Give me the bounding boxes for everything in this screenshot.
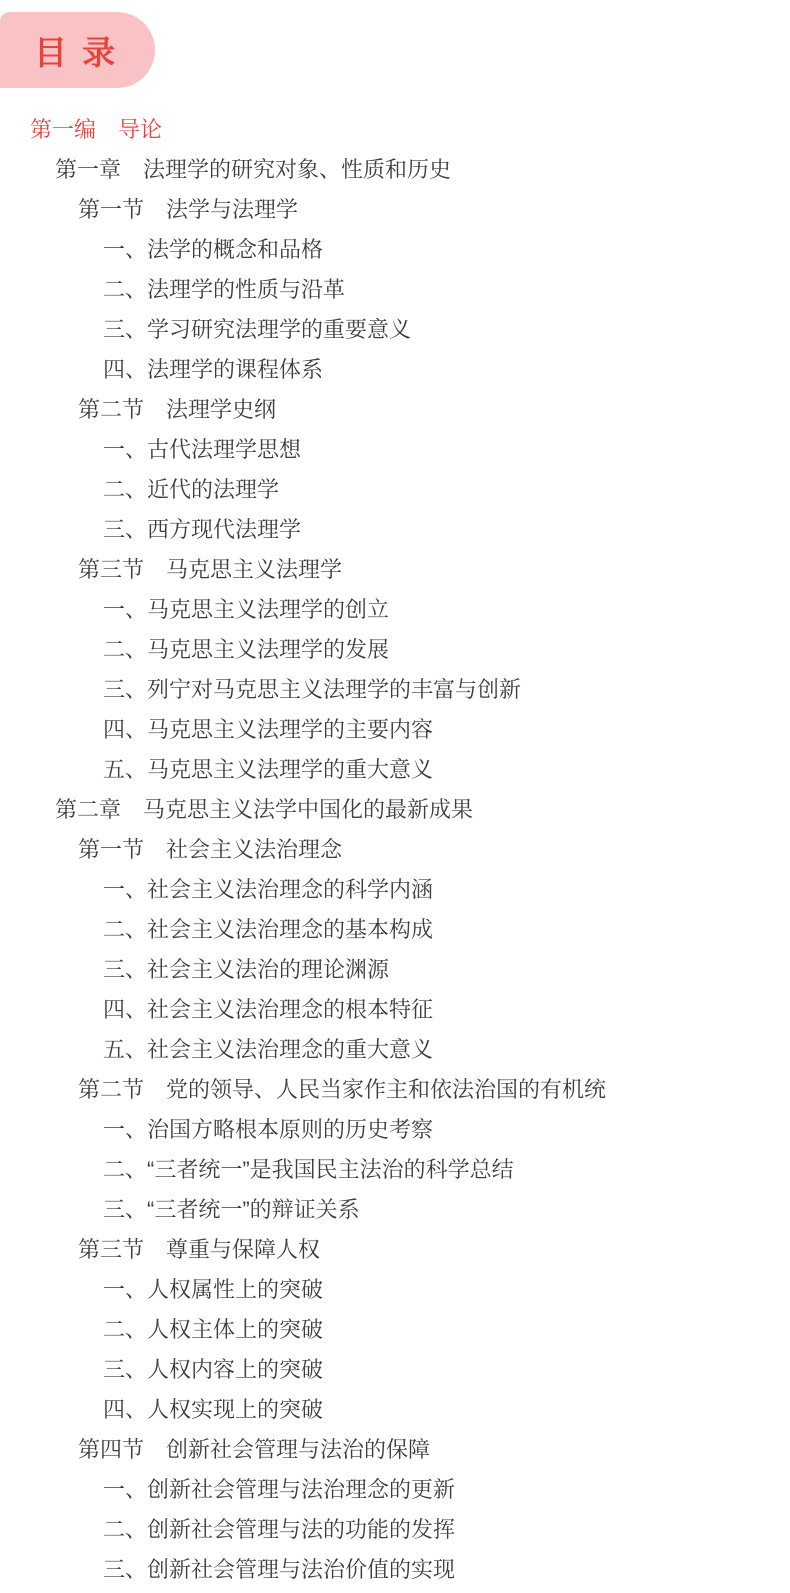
toc-entry-item[interactable]: 一、人权属性上的突破: [0, 1270, 790, 1310]
toc-entry-item[interactable]: 五、社会主义法治理念的重大意义: [0, 1030, 790, 1070]
toc-entry-section[interactable]: 第一节 社会主义法治理念: [0, 830, 790, 870]
toc-entry-item[interactable]: 二、近代的法理学: [0, 470, 790, 510]
toc-entry-item[interactable]: 二、马克思主义法理学的发展: [0, 630, 790, 670]
toc-entry-item[interactable]: 一、马克思主义法理学的创立: [0, 590, 790, 630]
toc-entry-item[interactable]: 二、“三者统一”是我国民主法治的科学总结: [0, 1150, 790, 1190]
toc-title: 目 录: [34, 27, 118, 74]
toc-entry-chapter[interactable]: 第二章 马克思主义法学中国化的最新成果: [0, 790, 790, 830]
toc-entry-item[interactable]: 三、列宁对马克思主义法理学的丰富与创新: [0, 670, 790, 710]
toc-entry-item[interactable]: 一、创新社会管理与法治理念的更新: [0, 1470, 790, 1510]
toc-entry-item[interactable]: 一、法学的概念和品格: [0, 230, 790, 270]
toc-entry-section[interactable]: 第三节 尊重与保障人权: [0, 1230, 790, 1270]
toc-entry-item[interactable]: 五、马克思主义法理学的重大意义: [0, 750, 790, 790]
toc-entry-item[interactable]: 四、社会主义法治理念的根本特征: [0, 990, 790, 1030]
toc-entry-item[interactable]: 二、法理学的性质与沿革: [0, 270, 790, 310]
toc-title-badge: 目 录: [0, 12, 155, 88]
toc-entry-chapter[interactable]: 第一章 法理学的研究对象、性质和历史: [0, 150, 790, 190]
toc-entry-item[interactable]: 四、人权实现上的突破: [0, 1390, 790, 1430]
toc-entry-item[interactable]: 三、西方现代法理学: [0, 510, 790, 550]
toc-entry-item[interactable]: 三、社会主义法治的理论渊源: [0, 950, 790, 990]
toc-entry-item[interactable]: 三、学习研究法理学的重要意义: [0, 310, 790, 350]
toc-entry-item[interactable]: 二、社会主义法治理念的基本构成: [0, 910, 790, 950]
toc-list: 第一编 导论第一章 法理学的研究对象、性质和历史第一节 法学与法理学一、法学的概…: [0, 110, 790, 1590]
toc-entry-section[interactable]: 第三节 马克思主义法理学: [0, 550, 790, 590]
toc-entry-part[interactable]: 第一编 导论: [0, 110, 790, 150]
toc-entry-item[interactable]: 一、治国方略根本原则的历史考察: [0, 1110, 790, 1150]
toc-entry-section[interactable]: 第四节 创新社会管理与法治的保障: [0, 1430, 790, 1470]
toc-entry-section[interactable]: 第二节 党的领导、人民当家作主和依法治国的有机统: [0, 1070, 790, 1110]
toc-entry-section[interactable]: 第二节 法理学史纲: [0, 390, 790, 430]
toc-entry-item[interactable]: 二、创新社会管理与法的功能的发挥: [0, 1510, 790, 1550]
toc-entry-item[interactable]: 二、人权主体上的突破: [0, 1310, 790, 1350]
toc-entry-item[interactable]: 三、人权内容上的突破: [0, 1350, 790, 1390]
toc-entry-item[interactable]: 四、马克思主义法理学的主要内容: [0, 710, 790, 750]
toc-entry-section[interactable]: 第一节 法学与法理学: [0, 190, 790, 230]
toc-entry-item[interactable]: 四、法理学的课程体系: [0, 350, 790, 390]
toc-entry-item[interactable]: 一、古代法理学思想: [0, 430, 790, 470]
toc-entry-item[interactable]: 三、“三者统一”的辩证关系: [0, 1190, 790, 1230]
toc-entry-item[interactable]: 三、创新社会管理与法治价值的实现: [0, 1550, 790, 1590]
toc-entry-item[interactable]: 一、社会主义法治理念的科学内涵: [0, 870, 790, 910]
